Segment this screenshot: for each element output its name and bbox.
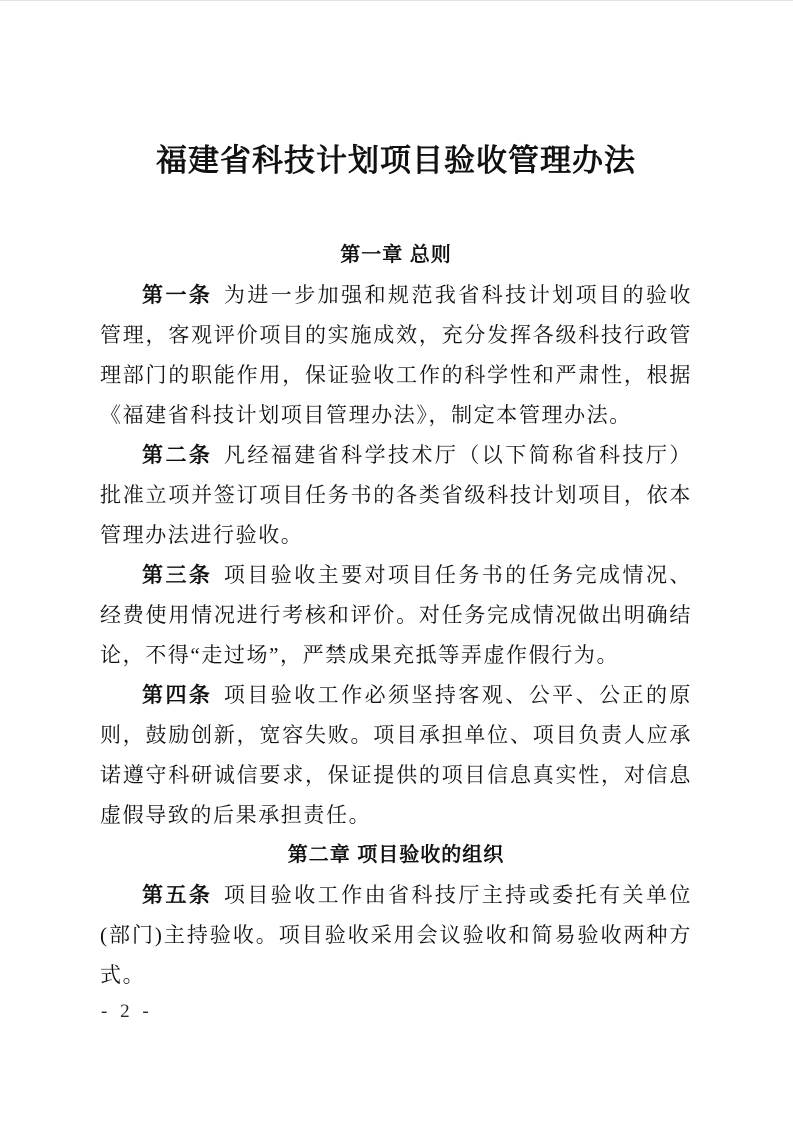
article-4-paragraph: 第四条项目验收工作必须坚持客观、公平、公正的原则，鼓励创新，宽容失败。项目承担单…: [100, 675, 692, 835]
article-3-label: 第三条: [142, 563, 212, 587]
article-3-paragraph: 第三条项目验收主要对项目任务书的任务完成情况、经费使用情况进行考核和评价。对任务…: [100, 555, 692, 675]
article-2-paragraph: 第二条凡经福建省科学技术厅（以下简称省科技厅）批准立项并签订项目任务书的各类省级…: [100, 435, 692, 555]
document-title: 福建省科技计划项目验收管理办法: [100, 139, 692, 183]
article-5-label: 第五条: [142, 883, 212, 907]
document-page: 福建省科技计划项目验收管理办法 第一章 总则 第一条为进一步加强和规范我省科技计…: [0, 0, 793, 1122]
page-number: - 2 -: [101, 1001, 153, 1023]
article-4-label: 第四条: [142, 683, 212, 707]
article-1-label: 第一条: [142, 283, 212, 307]
article-2-label: 第二条: [142, 443, 212, 467]
article-5-paragraph: 第五条项目验收工作由省科技厅主持或委托有关单位(部门)主持验收。项目验收采用会议…: [100, 875, 692, 995]
chapter-2-heading: 第二章 项目验收的组织: [100, 835, 692, 875]
chapter-1-heading: 第一章 总则: [100, 235, 692, 275]
article-1-paragraph: 第一条为进一步加强和规范我省科技计划项目的验收管理，客观评价项目的实施成效，充分…: [100, 275, 692, 435]
